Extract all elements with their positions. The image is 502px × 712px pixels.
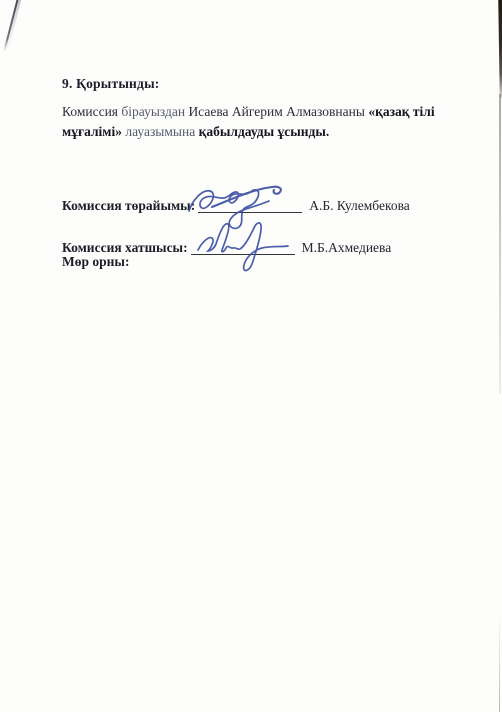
chairwoman-name: А.Б. Кулембекова: [309, 198, 410, 214]
signature-row-chairwoman: Комиссия төрайымы: А.Б. Кулембекова: [62, 197, 410, 214]
secretary-name: М.Б.Ахмедиева: [302, 240, 392, 256]
signature-line: [198, 200, 302, 213]
paragraph-text: лауазымына: [122, 124, 199, 139]
chairwoman-label: Комиссия төрайымы:: [62, 198, 195, 214]
paragraph-text: Комиссия: [62, 104, 121, 119]
candidate-name-text: Исаева Айгерим Алмазовнаны: [188, 104, 368, 119]
scan-edge-topleft-artifact: [0, 0, 26, 58]
position-title-text: мұғалімі»: [62, 124, 122, 139]
conclusion-heading: 9. Қорытынды:: [62, 76, 160, 92]
paragraph-text: қабылдауды ұсынды.: [199, 124, 330, 139]
signature-line: [191, 242, 295, 255]
scanned-document-page: 9. Қорытынды: Комиссия бірауыздан Исаева…: [0, 0, 502, 712]
position-title-text: «қазақ тілі: [368, 104, 434, 119]
scan-edge-right-dark-strip: [497, 0, 502, 98]
paragraph-text: бірауыздан: [121, 104, 188, 119]
scan-edge-right-faint-line: [499, 94, 501, 394]
scan-edge-right-bottom-line: [499, 620, 500, 712]
seal-place-label: Мөр орны:: [62, 254, 129, 270]
conclusion-paragraph: Комиссия бірауыздан Исаева Айгерим Алмаз…: [62, 102, 440, 142]
